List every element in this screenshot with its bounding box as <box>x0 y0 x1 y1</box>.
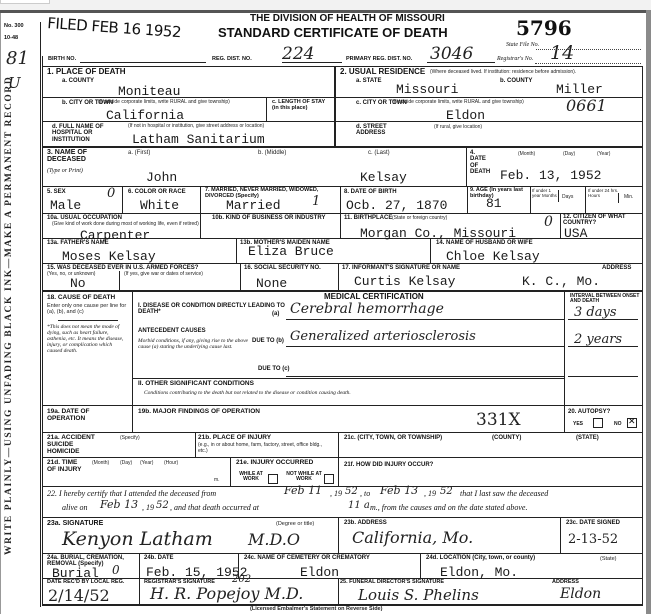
column-divider <box>585 186 586 213</box>
residence-county-value: Miller <box>556 82 603 97</box>
place-of-death-label: 1. PLACE OF DEATH <box>47 68 126 76</box>
not-at-work-checkbox[interactable] <box>324 474 334 484</box>
burial-location-state-label: (State) <box>600 556 617 562</box>
registrar-no-line <box>535 63 641 64</box>
injury-place-note: (e.g., in or about home, farm, factory, … <box>198 443 333 454</box>
usual-residence-note: (Where deceased lived. If institution: r… <box>430 70 576 76</box>
registrar-no-value: 14 <box>550 42 574 64</box>
column-divider <box>564 405 565 432</box>
residence-city-code: 0661 <box>566 96 607 115</box>
age-months-label: If under 1 year Months <box>532 189 558 199</box>
column-divider <box>467 186 468 213</box>
residence-state-label: a. STATE <box>356 78 381 84</box>
cemetery-label: 24c. NAME OF CEMETERY OR CREMATORY <box>244 555 370 561</box>
column-divider <box>240 263 241 290</box>
autopsy-no-label: NO <box>614 422 622 427</box>
line-c-label: DUE TO (c) <box>258 366 290 372</box>
column-divider <box>338 432 339 486</box>
ssn-value: None <box>256 276 287 291</box>
ssn-label: 16. SOCIAL SECURITY NO. <box>244 265 334 271</box>
column-divider <box>466 146 467 186</box>
date-received-label: DATE REC'D BY LOCAL REG. <box>47 580 135 586</box>
alive-on-value: Feb 13 <box>100 498 138 511</box>
column-divider <box>132 405 133 432</box>
column-divider <box>558 190 559 202</box>
cause-footnote: *This does not mean the mode of dying, s… <box>47 324 127 354</box>
coding-value: 331X <box>476 410 521 430</box>
dob-value: Ocb. 27, 1870 <box>346 198 447 213</box>
embalmer-footer-note: (Licensed Embalmer's Statement on Revers… <box>250 606 382 612</box>
from-year-value: 52 <box>345 486 358 497</box>
line-b-label: DUE TO (b) <box>252 338 284 344</box>
injury-occurred-label: 21e. INJURY OCCURRED <box>236 460 313 467</box>
title-certificate: STANDARD CERTIFICATE OF DEATH <box>218 26 448 40</box>
reg-dist-label: REG. DIST. NO. <box>212 57 252 63</box>
father-name-label: 13a. FATHER'S NAME <box>47 240 109 246</box>
row-divider <box>42 553 642 554</box>
reg-dist-line <box>282 62 342 63</box>
column-divider <box>420 553 421 578</box>
not-at-work-label: NOT WHILE AT WORK <box>284 472 324 483</box>
deceased-name-label: 3. NAME OF DECEASED <box>47 149 107 164</box>
autopsy-label: 20. AUTOPSY? <box>568 409 610 415</box>
injury-type-label: 21a. ACCIDENT SUICIDE HOMICIDE <box>47 435 102 455</box>
state-file-number: 5796 <box>516 16 572 40</box>
to-year-prefix: , 19 <box>424 490 436 499</box>
mother-name-value: Eliza Bruce <box>248 244 334 259</box>
date-signed-value: 2-13-52 <box>568 532 618 547</box>
part2-note: Conditions contributing to the death but… <box>144 390 384 396</box>
form-border-left-inner <box>42 56 43 605</box>
birthplace-code: 0 <box>544 214 553 230</box>
to-label: , to <box>360 490 370 499</box>
marital-code: 1 <box>312 194 320 209</box>
cemetery-value: Eldon <box>300 565 339 580</box>
race-value: White <box>140 198 179 213</box>
alive-on-label: alive on <box>62 504 88 513</box>
age-hours-label: If under 24 hrs. Hours <box>588 189 622 199</box>
date-of-death-label: 4. DATE OF DEATH <box>470 150 492 175</box>
column-divider <box>430 238 431 263</box>
window-left-border <box>0 13 1 614</box>
column-divider <box>560 213 561 238</box>
age-value: 81 <box>486 196 502 211</box>
line-b-rule <box>286 346 564 347</box>
length-of-stay-label: c. LENGTH OF STAY (in this place) <box>272 100 332 112</box>
reg-dist-value: 224 <box>282 44 314 64</box>
autopsy-yes-label: YES <box>573 422 583 427</box>
column-divider <box>564 290 565 405</box>
death-month-label: (Month) <box>518 152 535 158</box>
physician-signature: Kenyon Latham <box>62 528 213 550</box>
title-division: THE DIVISION OF HEALTH OF MISSOURI <box>250 14 445 25</box>
death-county-label: a. COUNTY <box>62 78 94 84</box>
state-file-label: State File No. <box>506 42 539 49</box>
injury-how-label: 21f. HOW DID INJURY OCCUR? <box>344 462 433 468</box>
certify-statement-3: m., from the causes and on the date stat… <box>370 504 527 513</box>
operation-date-label: 19a. DATE OF OPERATION <box>47 409 129 423</box>
antecedent-note: Morbid conditions, if any, giving rise t… <box>138 338 250 350</box>
funeral-address-value: Eldon <box>560 586 601 602</box>
column-divider <box>338 517 339 553</box>
at-work-label: WHILE AT WORK <box>236 472 266 483</box>
death-day-label: (Day) <box>563 152 575 158</box>
column-divider <box>132 290 133 405</box>
informant-label: 17. INFORMANT'S SIGNATURE OR NAME <box>342 265 460 271</box>
last-name-value: Kelsay <box>360 170 407 185</box>
institution-label: d. FULL NAME OF HOSPITAL OR INSTITUTION <box>52 124 126 143</box>
informant-address-label: ADDRESS <box>602 265 631 271</box>
signature-label: 23a. SIGNATURE <box>47 520 103 527</box>
line-c-rule <box>286 376 564 377</box>
column-divider <box>230 457 231 486</box>
column-divider <box>119 271 120 290</box>
burial-location-value: Eldon, Mo. <box>440 565 518 580</box>
birth-no-line <box>80 62 206 63</box>
alive-year-value: 52 <box>156 500 169 511</box>
marital-value: Married <box>226 198 281 213</box>
column-divider <box>530 186 531 213</box>
first-name-label: a. (First) <box>128 150 150 157</box>
form-border-right <box>642 66 643 606</box>
residence-state-value: Missouri <box>396 82 458 97</box>
autopsy-yes-checkbox[interactable] <box>593 418 603 428</box>
margin-note-81: 81 <box>6 48 29 69</box>
injury-city-label: 21c. (CITY, TOWN, OR TOWNSHIP) <box>344 435 442 441</box>
attended-from-value: Feb 11 <box>284 484 322 497</box>
funeral-director-signature: Louis S. Phelins <box>358 586 479 604</box>
window-top-bar <box>0 0 651 10</box>
from-year-prefix: , 19 <box>330 490 342 499</box>
date-received-value: 2/14/52 <box>48 586 110 605</box>
row-divider <box>42 486 642 487</box>
physician-address: California, Mo. <box>352 528 473 547</box>
address-label: 23b. ADDRESS <box>344 520 387 526</box>
sex-label: 5. SEX <box>47 189 66 195</box>
window-right-border <box>646 10 651 614</box>
birthplace-note: (State or foreign country) <box>392 216 447 222</box>
registrar-no-label: Registrar's No. <box>497 56 533 63</box>
residence-county-label: b. COUNTY <box>500 78 532 84</box>
injury-month-label: (Month) <box>92 461 109 467</box>
to-year-value: 52 <box>440 486 453 497</box>
father-name-value: Moses Kelsay <box>62 249 156 264</box>
part1-label: I. DISEASE OR CONDITION DIRECTLY LEADING… <box>138 303 288 316</box>
row-divider <box>42 517 642 518</box>
autopsy-no-checkbox[interactable] <box>627 418 637 428</box>
institution-note: (If not in hospital or institution, give… <box>128 124 264 130</box>
cause-of-death-label: 18. CAUSE OF DEATH <box>47 295 115 302</box>
column-divider <box>340 186 341 213</box>
row-divider <box>42 186 642 187</box>
row-divider <box>42 432 642 433</box>
residence-city-note: (If outside corporate limits, write RURA… <box>392 100 524 106</box>
injury-state-label: (STATE) <box>576 435 599 441</box>
injury-year-label: (Year) <box>140 461 153 467</box>
injury-place-label: 21b. PLACE OF INJURY <box>198 435 271 442</box>
death-county-value: Moniteau <box>118 84 180 99</box>
informant-value: Curtis Kelsay <box>354 274 455 289</box>
sex-code: 0 <box>107 186 115 201</box>
antecedent-label: ANTECEDENT CAUSES <box>138 328 206 334</box>
burial-location-label: 24d. LOCATION (City, town, or county) <box>426 555 535 561</box>
informant-address-value: K. C., Mo. <box>522 274 600 289</box>
dob-label: 8. DATE OF BIRTH <box>344 189 397 195</box>
part2-label: II. OTHER SIGNIFICANT CONDITIONS <box>138 381 254 388</box>
certify-statement-2: that I last saw the deceased <box>460 490 548 499</box>
age-days-label: Days <box>562 195 573 201</box>
residence-street-label: d. STREET ADDRESS <box>356 124 396 137</box>
filed-stamp: FILED FEB 16 1952 <box>47 14 182 41</box>
death-city-note: (If outside corporate limits, write RURA… <box>98 100 230 106</box>
spouse-name-label: 14. NAME OF HUSBAND OR WIFE <box>436 240 533 246</box>
cause-of-death-note: Enter only one cause per line for (a), (… <box>47 303 127 315</box>
at-work-checkbox[interactable] <box>268 474 278 484</box>
death-occurred-text: , and that death occurred at <box>170 504 259 513</box>
usual-residence-label: 2. USUAL RESIDENCE <box>340 68 425 76</box>
primary-reg-dist-value: 3046 <box>430 44 473 64</box>
line-a-label: (a) <box>272 311 279 317</box>
column-divider <box>338 263 339 290</box>
alive-year-prefix: , 19 <box>142 504 154 513</box>
column-divider <box>618 193 619 203</box>
interval-b-rule <box>568 346 638 347</box>
injury-day-label: (Day) <box>120 461 132 467</box>
burial-code: 0 <box>112 563 120 577</box>
birthplace-value: Morgan Co., Missouri <box>360 226 516 241</box>
citizen-value: USA <box>564 226 587 241</box>
column-divider <box>340 213 341 238</box>
age-min-label: Min. <box>624 195 633 201</box>
residence-city-value: Eldon <box>446 108 485 123</box>
interval-a-rule <box>568 319 638 320</box>
interval-label: INTERVAL BETWEEN ONSET AND DEATH <box>570 294 640 305</box>
column-divider <box>236 238 237 263</box>
column-divider <box>122 186 123 213</box>
primary-reg-dist-label: PRIMARY REG. DIST. NO. <box>346 57 412 63</box>
form-border-left-outer <box>40 22 41 607</box>
death-time-value: 11 a <box>348 500 370 511</box>
death-year-label: (Year) <box>597 152 610 158</box>
spouse-name-value: Chloe Kelsay <box>446 249 540 264</box>
footnote-divider <box>58 320 118 321</box>
business-label: 10b. KIND OF BUSINESS OR INDUSTRY <box>212 215 327 221</box>
burial-date-label: 24b. DATE <box>144 555 174 561</box>
middle-name-label: b. (Middle) <box>258 150 286 157</box>
attended-to-value: Feb 13 <box>380 484 418 497</box>
injury-hour-label: (Hour) <box>164 461 178 467</box>
column-divider <box>200 186 201 238</box>
interval-b-value: 2 years <box>574 332 622 347</box>
injury-type-specify: (Specify) <box>120 436 140 442</box>
first-name-value: John <box>146 170 177 185</box>
deceased-name-note: (Type or Print) <box>47 168 83 175</box>
occupation-note: (Give kind of work done during most of w… <box>52 222 202 228</box>
armed-forces-value: No <box>70 276 86 291</box>
row-divider <box>132 378 564 379</box>
funeral-address-label: ADDRESS <box>552 580 579 586</box>
line-a-rule <box>286 319 564 320</box>
column-divider <box>139 553 140 604</box>
line-a-value: Cerebral hemorrhage <box>290 301 444 317</box>
sex-value: Male <box>50 198 81 213</box>
race-label: 6. COLOR OR RACE <box>128 189 186 195</box>
column-divider <box>560 517 561 553</box>
date-signed-label: 23c. DATE SIGNED <box>566 520 620 526</box>
row-divider <box>42 457 642 458</box>
line-b-value: Generalized arteriosclerosis <box>290 329 476 344</box>
birthplace-label: 11. BIRTHPLACE <box>344 215 392 221</box>
date-of-death-value: Feb. 13, 1952 <box>500 168 601 183</box>
primary-reg-dist-line <box>427 62 495 63</box>
injury-m-label: m. <box>214 478 220 484</box>
citizen-label: 12. CITIZEN OF WHAT COUNTRY? <box>563 214 643 227</box>
funeral-director-label: 25. FUNERAL DIRECTOR'S SIGNATURE <box>340 580 444 586</box>
residence-street-note: (If rural, give location) <box>434 125 482 131</box>
registrar-code: 202 <box>232 574 251 585</box>
injury-county-label: (COUNTY) <box>492 435 521 441</box>
column-divider <box>338 578 339 604</box>
operation-findings-label: 19b. MAJOR FINDINGS OF OPERATION <box>138 409 260 416</box>
death-city-value: California <box>106 108 184 123</box>
last-name-label: c. (Last) <box>368 150 390 157</box>
degree-value: M.D.O <box>248 530 300 549</box>
window-tab <box>0 0 50 4</box>
injury-time-label: 21d. TIME OF INJURY <box>47 460 87 474</box>
form-revision: 10-48 <box>4 36 18 42</box>
column-divider <box>195 432 196 457</box>
armed-forces-note-2: (If yes, give war or dates of service) <box>124 272 203 278</box>
institution-value: Latham Sanitarium <box>132 132 265 147</box>
interval-c-rule <box>568 376 638 377</box>
side-instruction: WRITE PLAINLY—USING UNFADING BLACK INK—M… <box>4 76 14 555</box>
interval-a-value: 3 days <box>574 305 617 320</box>
degree-label: (Degree or title) <box>276 521 314 527</box>
section-divider <box>334 66 336 146</box>
birth-no-label: BIRTH NO. <box>48 57 76 63</box>
form-number: No. 300 <box>4 24 24 30</box>
registrar-signature: H. R. Popejoy M.D. <box>150 584 303 603</box>
column-divider <box>266 97 267 121</box>
